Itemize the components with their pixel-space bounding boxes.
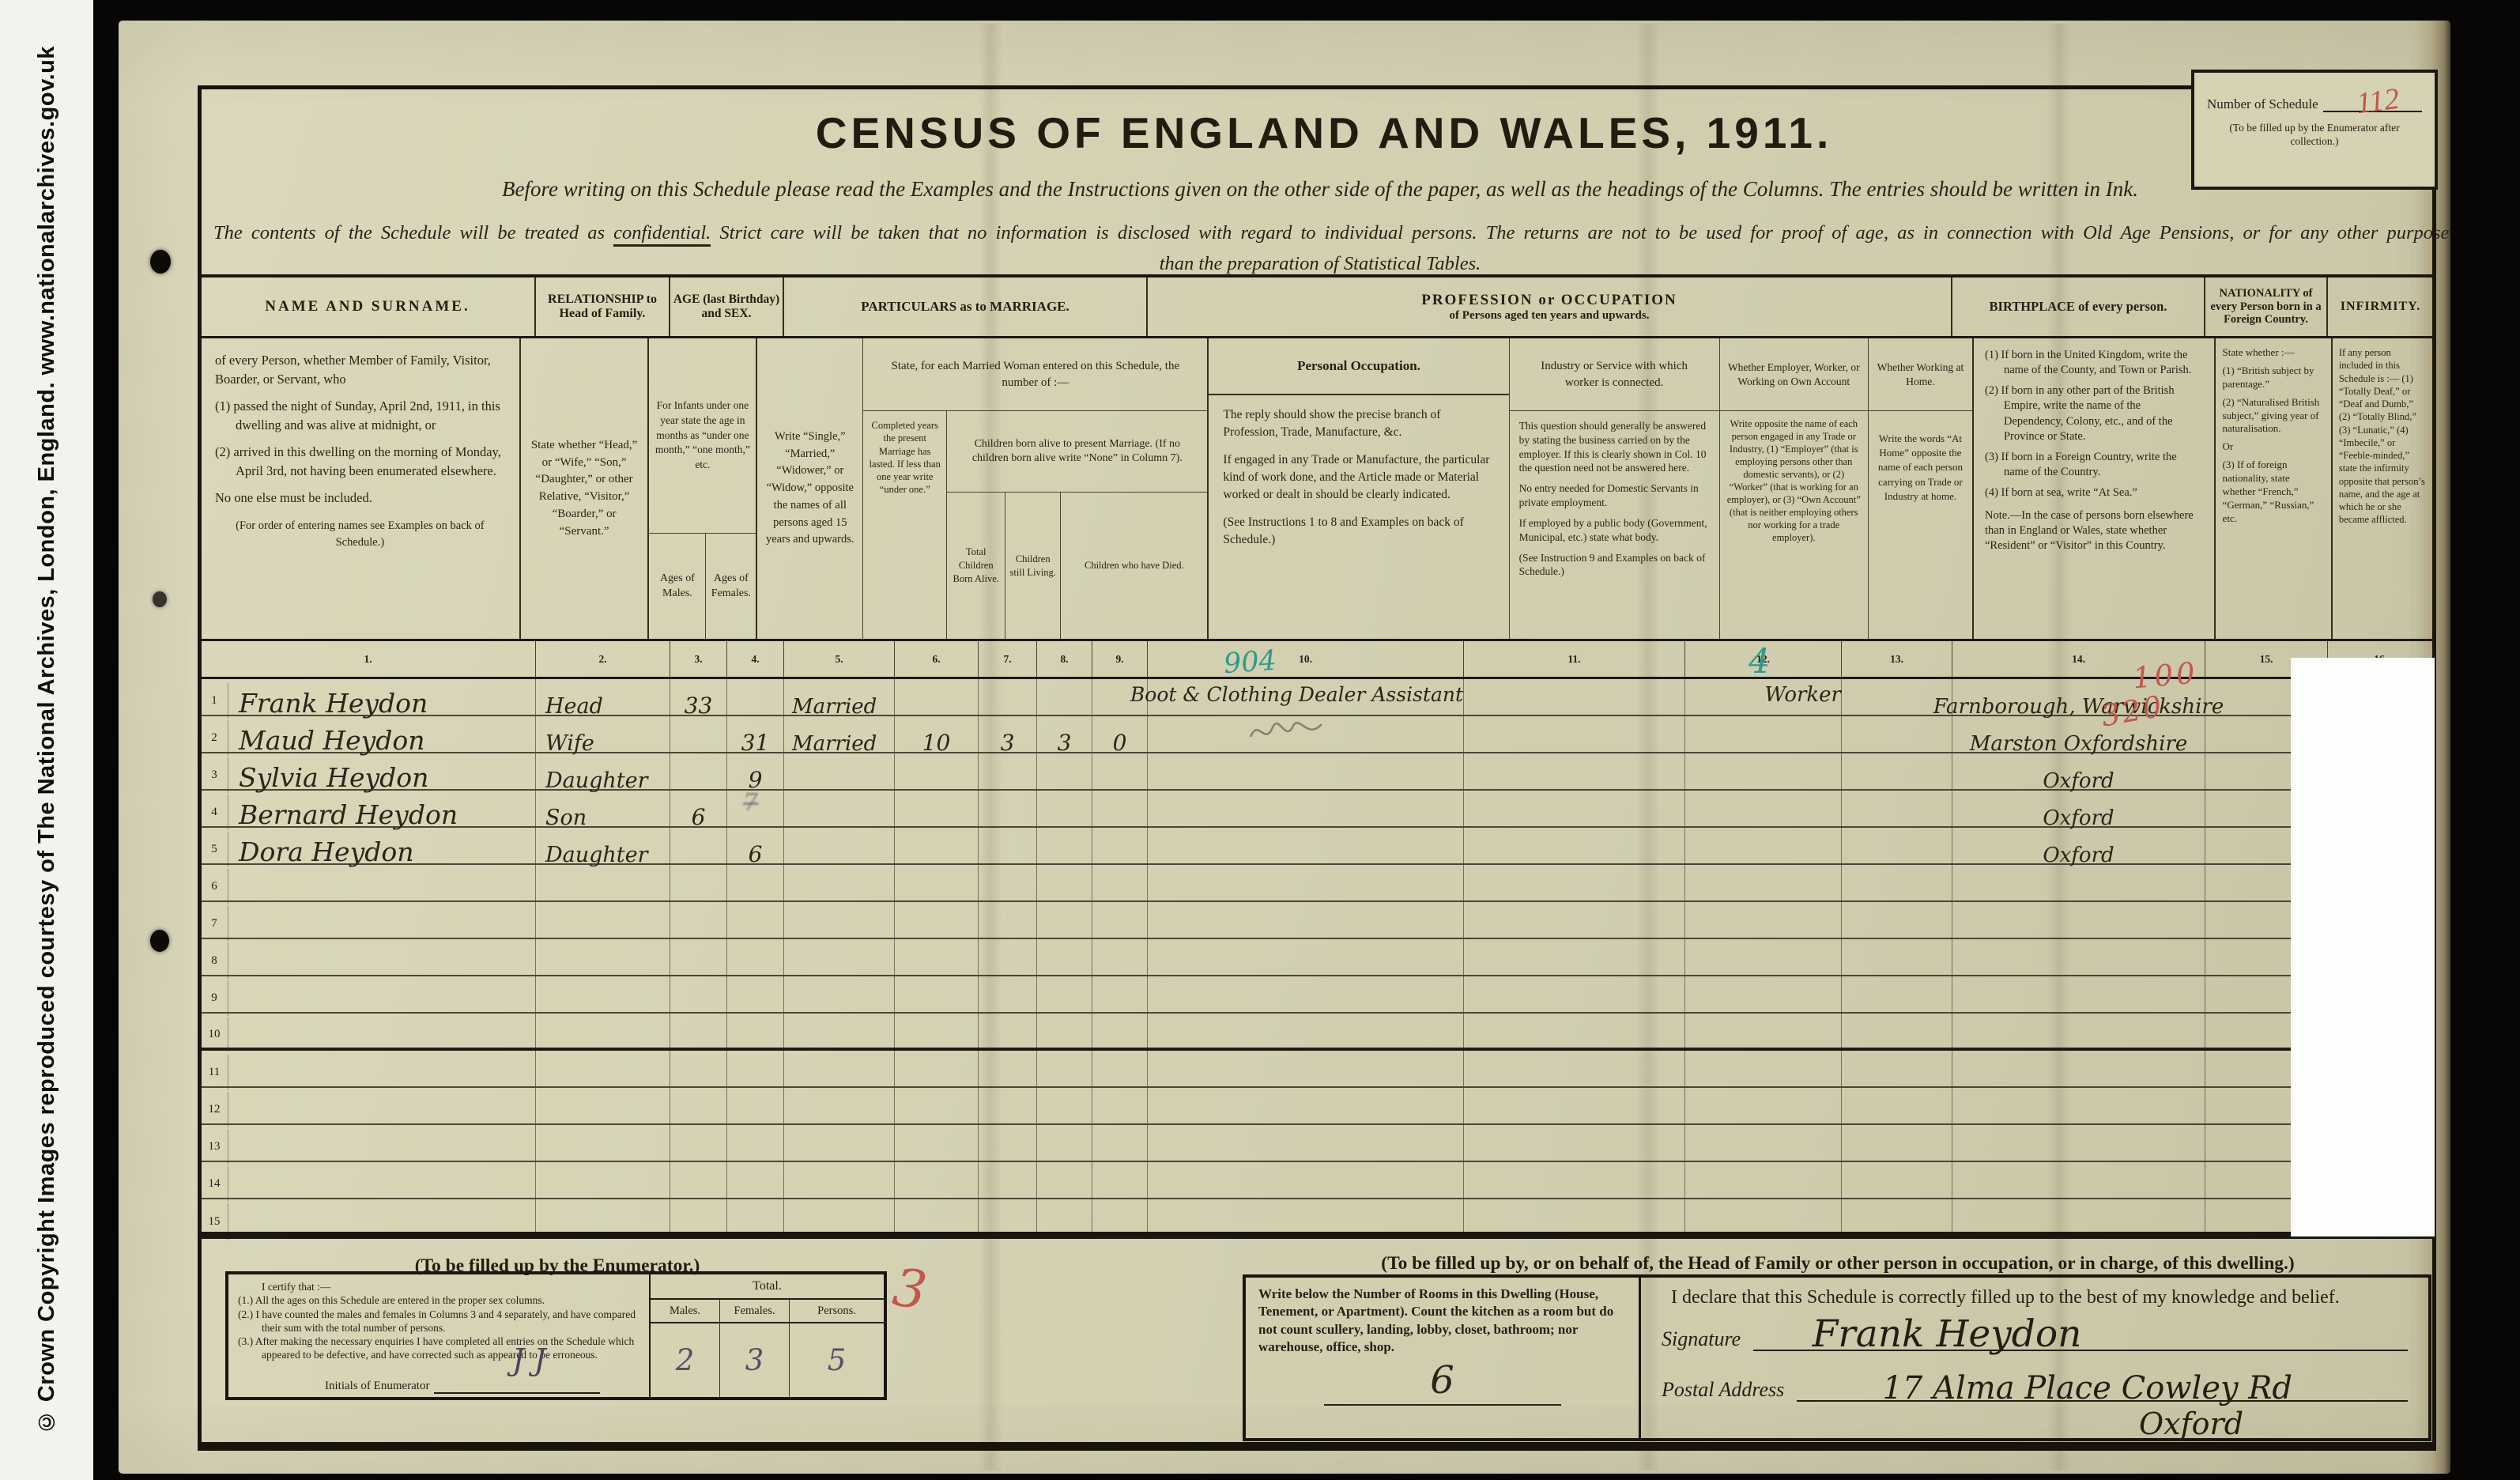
declaration-section-title: (To be filled up by, or on behalf of, th… [1245,1253,2431,1274]
cell-industry [1464,865,1685,900]
desc-occupation-p2: If engaged in any Trade or Manufacture, … [1223,451,1494,503]
subheader-children-born: Children born alive to present Marriage.… [947,411,1207,493]
cell-occupation [1148,1014,1464,1048]
table-row: 5Dora Heydon Daughter 6 Oxford [201,828,2433,865]
row-number: 13 [201,1129,228,1165]
col-header-nationality: NATIONALITY of every Person born in a Fo… [2205,277,2328,336]
column-number: 11. [1464,641,1685,677]
subheader-completed-years: Completed years the present Marriage has… [863,411,947,639]
cell-name: 11 [201,1051,536,1086]
cell-industry [1464,753,1685,789]
column-number: 3. [670,641,727,677]
cell-at-home [1842,976,1952,1012]
cell-at-home [1842,1162,1952,1198]
cell-marriage: Married [784,716,895,752]
cell-years-married-value: 10 [922,730,951,756]
cell-marriage [784,939,895,975]
certify-text: I certify that :— (1.) All the ages on t… [228,1274,649,1397]
page-title: CENSUS OF ENGLAND AND WALES, 1911. [711,108,1937,158]
cell-birthplace-value: Oxford [2043,806,2114,830]
desc-age: For Infants under one year state the age… [649,338,757,639]
cell-children-living-value: 3 [1058,730,1072,756]
rooms-value: 6 [1258,1358,1626,1403]
cell-marriage [784,1125,895,1161]
cell-children-died [1092,976,1148,1012]
cell-birthplace [1952,1162,2205,1198]
cell-children-died [1092,939,1148,975]
cell-employment [1685,716,1842,752]
declaration-area: I declare that this Schedule is correctl… [1641,1278,2428,1438]
cell-marriage [784,753,895,789]
profession-title-line1: PROFESSION or OCCUPATION [1421,292,1677,309]
cell-marriage [784,1199,895,1236]
redaction-patch [2291,658,2435,1236]
table-row: 7 [201,902,2433,939]
cell-industry [1464,976,1685,1012]
cell-age-males: 33 [670,679,727,715]
cell-employment [1685,753,1842,789]
cell-name: 10 [201,1014,536,1048]
cell-children-died [1092,791,1148,826]
desc-industry: Industry or Service with which worker is… [1510,338,1720,639]
cell-age-females [727,902,784,938]
profession-title-line2: of Persons aged ten years and upwards. [1450,309,1650,323]
cell-occupation [1148,791,1464,826]
cell-name-value: Bernard Heydon [239,799,458,830]
confidential-line-2: than the preparation of Statistical Tabl… [213,253,2427,275]
cell-children-born [979,1125,1037,1161]
cell-at-home [1842,1199,1952,1236]
cell-birthplace [1952,1125,2205,1161]
cell-children-born [979,791,1037,826]
schedule-number-note: (To be filled up by the Enumerator after… [2207,122,2422,149]
col-header-marriage: PARTICULARS as to MARRIAGE. [784,277,1148,336]
enumerator-initials-handwriting: J J [512,1342,546,1377]
cell-occupation [1148,828,1464,863]
desc-nationality-p4: Or [2223,440,2324,454]
cell-birthplace [1952,939,2205,975]
cell-name: 2Maud Heydon [201,716,536,752]
subheader-employer: Whether Employer, Worker, or Working on … [1720,338,1868,411]
cell-name: 13 [201,1125,536,1161]
cell-children-living [1037,1125,1092,1161]
desc-infirmity: If any person included in this Schedule … [2333,338,2433,639]
desc-marriage-detail: State, for each Married Woman entered on… [863,338,1209,639]
cell-marriage-value: Married [792,695,877,719]
desc-employer: Whether Employer, Worker, or Working on … [1720,338,1869,639]
cell-at-home [1842,753,1952,789]
postal-address-label: Postal Address [1662,1378,1784,1402]
postal-address-row: Postal Address 17 Alma Place Cowley RdOx… [1662,1378,2408,1402]
cell-children-died [1092,902,1148,938]
cell-relationship [536,1199,670,1236]
cell-years-married [895,791,979,826]
cell-birthplace [1952,1199,2205,1236]
cell-industry [1464,902,1685,938]
postal-address-value-2: Oxford [2139,1406,2243,1441]
cell-children-born [979,1088,1037,1123]
cell-years-married [895,1162,979,1198]
row-number: 11 [201,1055,228,1090]
subheader-children-died: Children who have Died. [1061,493,1207,639]
totals-females-column: Females. 3 [720,1300,790,1397]
table-row: 13 [201,1125,2433,1162]
signature-label: Signature [1662,1327,1741,1351]
table-row: 9 [201,976,2433,1014]
cell-industry [1464,1014,1685,1048]
cell-age-males [670,716,727,752]
schedule-number-value: 112 [2355,81,2401,121]
cell-age-females-value: 31 [741,730,770,756]
column-number: 5. [784,641,895,677]
schedule-number-line: 112 [2323,93,2422,112]
cell-marriage [784,828,895,863]
cell-at-home [1842,791,1952,826]
table-row: 10 [201,1014,2433,1051]
cell-age-males [670,1088,727,1123]
rooms-line [1324,1404,1561,1406]
table-body: 1Frank Heydon Head 33 Married Boot & Clo… [201,679,2433,1236]
confidential-word: confidential. [613,222,711,247]
cell-age-females [727,1125,784,1161]
column-number: 13. [1842,641,1952,677]
cell-children-died [1092,1014,1148,1048]
row-number: 14 [201,1166,228,1202]
cell-children-died-value: 0 [1113,730,1127,756]
cell-name: 4Bernard Heydon [201,791,536,826]
cell-children-living [1037,1088,1092,1123]
totals-males-column: Males. 2 [651,1300,720,1397]
row-number: 12 [201,1092,228,1127]
cell-children-died: 0 [1092,716,1148,752]
table-row: 8 [201,939,2433,976]
cell-birthplace: Oxford [1952,753,2205,789]
table-bottom-border [198,1232,2436,1239]
cell-occupation [1148,902,1464,938]
desc-employer-text: Write opposite the name of each person e… [1720,411,1868,550]
cell-name-value: Frank Heydon [239,688,428,719]
column-number: 6. [895,641,979,677]
cell-birthplace-value: Oxford [2043,769,2114,793]
cell-occupation [1148,1199,1464,1236]
desc-occupation-p1: The reply should show the precise branch… [1223,406,1494,440]
desc-industry-p2: No entry needed for Domestic Servants in… [1519,481,1710,510]
desc-industry-p4: (See Instruction 9 and Examples on back … [1519,551,1710,580]
row-number: 3 [201,757,228,793]
cell-children-living [1037,902,1092,938]
cell-years-married [895,1125,979,1161]
cell-children-died [1092,1125,1148,1161]
col-header-birthplace: BIRTHPLACE of every person. [1952,277,2205,336]
cell-relationship [536,1088,670,1123]
cell-name: 9 [201,976,536,1012]
cell-relationship [536,1162,670,1198]
column-number: 7. [979,641,1037,677]
totals-persons-value: 5 [790,1323,884,1397]
row-number: 2 [201,720,228,756]
desc-birthplace-p2: (2) If born in any other part of the Bri… [1985,383,2203,444]
desc-relationship: State whether “Head,” or “Wife,” “Son,” … [521,338,650,639]
cell-age-males-value: 6 [692,804,706,830]
cell-occupation [1148,1162,1464,1198]
cell-name-value: Sylvia Heydon [239,762,428,793]
cell-at-home [1842,1014,1952,1048]
cell-at-home [1842,902,1952,938]
cell-occupation [1148,1051,1464,1086]
cell-relationship: Wife [536,716,670,752]
cell-name: 14 [201,1162,536,1198]
col-header-infirmity: INFIRMITY. [2328,277,2433,336]
col-header-age: AGE (last Birthday) and SEX. [670,277,784,336]
cell-marriage: Married [784,679,895,715]
cell-birthplace: Marston Oxfordshire [1952,716,2205,752]
cell-employment [1685,828,1842,863]
cell-marriage-value: Married [792,732,877,756]
cell-age-males [670,828,727,863]
signature-row: Signature Frank Heydon [1662,1327,2408,1351]
cell-age-males: 6 [670,791,727,826]
rooms-instructions: Write below the Number of Rooms in this … [1258,1286,1626,1357]
cell-occupation [1148,976,1464,1012]
totals-males-label: Males. [651,1300,719,1323]
cell-age-males [670,976,727,1012]
cell-name: 6 [201,865,536,900]
totals-females-value: 3 [720,1323,789,1397]
cell-marriage [784,865,895,900]
desc-birthplace-p1: (1) If born in the United Kingdom, write… [1985,348,2203,378]
cell-age-males [670,865,727,900]
cell-birthplace-value: Farnborough, Warwickshire [1933,695,2224,719]
punch-hole [153,591,167,607]
desc-occupation-p3: (See Instructions 1 to 8 and Examples on… [1223,514,1494,548]
desc-nationality: State whether :— (1) “British subject by… [2216,338,2333,639]
cell-age-females [727,1162,784,1198]
cell-birthplace: Oxford [1952,828,2205,863]
cell-name: 3Sylvia Heydon [201,753,536,789]
cell-years-married [895,753,979,789]
cell-marriage [784,1088,895,1123]
signature-line: Frank Heydon [1753,1331,2408,1351]
cell-employment [1685,865,1842,900]
cell-years-married [895,1014,979,1048]
desc-name-p4: No one else must be included. [215,489,505,508]
cell-children-died [1092,1088,1148,1123]
annotation-birthplace-code-1: 100 [2131,655,2199,695]
annotation-occupation-code: 904 [1223,645,1277,681]
table-row: 14 [201,1162,2433,1199]
cell-years-married [895,939,979,975]
punch-hole [150,930,169,952]
desc-birthplace-p4: (4) If born at sea, write “At Sea.” [1985,485,2203,500]
cell-employment [1685,1014,1842,1048]
cell-marriage [784,791,895,826]
cell-children-living [1037,1162,1092,1198]
desc-nationality-p5: (3) If of foreign nationality, state whe… [2223,459,2324,525]
cell-age-females [727,1088,784,1123]
cell-marriage [784,1162,895,1198]
cell-relationship-value: Son [545,806,587,830]
row-number: 1 [201,683,228,719]
desc-name-p2: (1) passed the night of Sunday, April 2n… [215,397,505,435]
cell-children-died [1092,865,1148,900]
cell-age-females-value: 6 [749,841,763,867]
totals-table: Total. Males. 2 Females. 3 Persons. 5 [649,1274,884,1397]
cell-children-died [1092,828,1148,863]
cell-occupation [1148,939,1464,975]
cell-at-home [1842,1125,1952,1161]
cell-birthplace [1952,1051,2205,1086]
cell-age-females [727,1051,784,1086]
cell-industry [1464,939,1685,975]
subheader-ages-females: Ages of Females. [706,534,756,639]
cell-birthplace [1952,865,2205,900]
cell-name: 12 [201,1088,536,1123]
cell-industry [1464,679,1685,715]
column-number: 10. [1148,641,1464,677]
cell-industry [1464,1199,1685,1236]
cell-relationship [536,939,670,975]
cell-age-males [670,1199,727,1236]
cell-birthplace: Oxford [1952,791,2205,826]
subheader-ages-males: Ages of Males. [649,534,706,639]
row-number: 8 [201,943,228,979]
cell-age-males-value: 33 [685,693,713,719]
cell-age-females [727,1014,784,1048]
annotation-employment-code: 4 [1749,642,1770,681]
cell-employment [1685,1162,1842,1198]
cell-relationship-value: Daughter [545,843,648,867]
cell-birthplace-value: Marston Oxfordshire [1970,732,2188,756]
column-descriptions: of every Person, whether Member of Famil… [201,338,2433,641]
cell-children-born [979,679,1037,715]
desc-birthplace-p3: (3) If born in a Foreign Country, write … [1985,450,2203,480]
desc-name-p1: of every Person, whether Member of Famil… [215,351,505,389]
cell-children-died [1092,1199,1148,1236]
cell-birthplace [1952,1014,2205,1048]
cell-occupation [1148,1088,1464,1123]
cell-name: 5Dora Heydon [201,828,536,863]
cell-years-married [895,1088,979,1123]
cell-industry [1464,1051,1685,1086]
desc-birthplace-note: Note.—In the case of persons born elsewh… [1985,508,2203,553]
initials-line [434,1380,600,1394]
cell-employment [1685,1125,1842,1161]
annotation-struck-age: 7 [743,789,758,817]
cell-employment [1685,939,1842,975]
totals-persons-column: Persons. 5 [790,1300,884,1397]
postal-address-line: 17 Alma Place Cowley RdOxford [1797,1381,2408,1402]
cell-relationship [536,1125,670,1161]
cell-occupation [1148,753,1464,789]
cell-years-married [895,1051,979,1086]
cell-years-married [895,1199,979,1236]
column-number: 8. [1037,641,1092,677]
cell-relationship [536,976,670,1012]
cell-age-females: 9 [727,753,784,789]
cell-at-home [1842,1088,1952,1123]
cell-name-value: Dora Heydon [239,836,413,867]
column-group-titles: NAME AND SURNAME. RELATIONSHIP to Head o… [201,277,2433,338]
cell-relationship: Son [536,791,670,826]
cell-children-living [1037,865,1092,900]
row-number: 4 [201,795,228,830]
cell-name: 7 [201,902,536,938]
cell-industry [1464,716,1685,752]
cell-age-males [670,1014,727,1048]
cell-children-living [1037,1014,1092,1048]
cell-industry [1464,1125,1685,1161]
copyright-strip: © Crown Copyright Images reproduced cour… [0,0,93,1480]
totals-females-label: Females. [720,1300,789,1323]
census-table: NAME AND SURNAME. RELATIONSHIP to Head o… [198,274,2436,1236]
rooms-box: Write below the Number of Rooms in this … [1246,1278,1641,1438]
table-row: 15 [201,1199,2433,1236]
cell-occupation [1148,1125,1464,1161]
schedule-number-box: Number of Schedule 112 (To be filled up … [2191,70,2438,190]
cell-marriage [784,1051,895,1086]
cell-children-born [979,902,1037,938]
subheader-children-living: Children still Living. [1005,493,1061,639]
cell-years-married [895,679,979,715]
declaration-text: I declare that this Schedule is correctl… [1671,1287,2408,1308]
cell-relationship [536,865,670,900]
enumerator-box: I certify that :— (1.) All the ages on t… [225,1271,887,1400]
cell-relationship: Daughter [536,828,670,863]
cell-relationship [536,1051,670,1086]
cell-name-value: Maud Heydon [239,725,425,756]
cell-at-home [1842,865,1952,900]
cell-occupation-value: Boot & Clothing Dealer Assistant [1130,683,1463,706]
desc-name-p5: (For order of entering names see Example… [215,518,505,551]
totals-header: Total. [651,1274,884,1300]
cell-children-living [1037,791,1092,826]
initials-label: Initials of Enumerator [325,1379,429,1394]
cell-children-born [979,828,1037,863]
column-number: 1. [201,641,536,677]
cell-children-born [979,1199,1037,1236]
certify-item-3: (3.) After making the necessary enquirie… [238,1335,641,1362]
cell-children-living [1037,976,1092,1012]
certify-item-2: (2.) I have counted the males and female… [238,1308,641,1335]
cell-children-born [979,939,1037,975]
desc-occupation: Personal Occupation. The reply should sh… [1209,338,1509,639]
cell-name: 1Frank Heydon [201,679,536,715]
table-row: 11 [201,1051,2433,1088]
table-row: 4Bernard Heydon Son 6 Oxford [201,791,2433,828]
initials-row: Initials of Enumerator [238,1379,641,1394]
confidential-post: Strict care will be taken that no inform… [711,222,2449,244]
totals-males-value: 2 [651,1323,719,1397]
col-header-profession: PROFESSION or OCCUPATION of Persons aged… [1148,277,1952,336]
cell-children-died [1092,753,1148,789]
cell-industry [1464,828,1685,863]
cell-age-females [727,976,784,1012]
cell-age-males [670,1051,727,1086]
pencil-scribble [1247,713,1326,749]
cell-age-males [670,753,727,789]
signature-value: Frank Heydon [1813,1312,2082,1356]
declaration-box: Write below the Number of Rooms in this … [1243,1274,2431,1441]
subheader-at-home: Whether Working at Home. [1869,338,1972,411]
desc-industry-p3: If employed by a public body (Government… [1519,516,1710,545]
column-number: 2. [536,641,670,677]
cell-children-born [979,753,1037,789]
cell-name: 15 [201,1199,536,1236]
cell-age-males [670,1125,727,1161]
cell-relationship: Daughter [536,753,670,789]
cell-children-living [1037,828,1092,863]
cell-children-born [979,865,1037,900]
